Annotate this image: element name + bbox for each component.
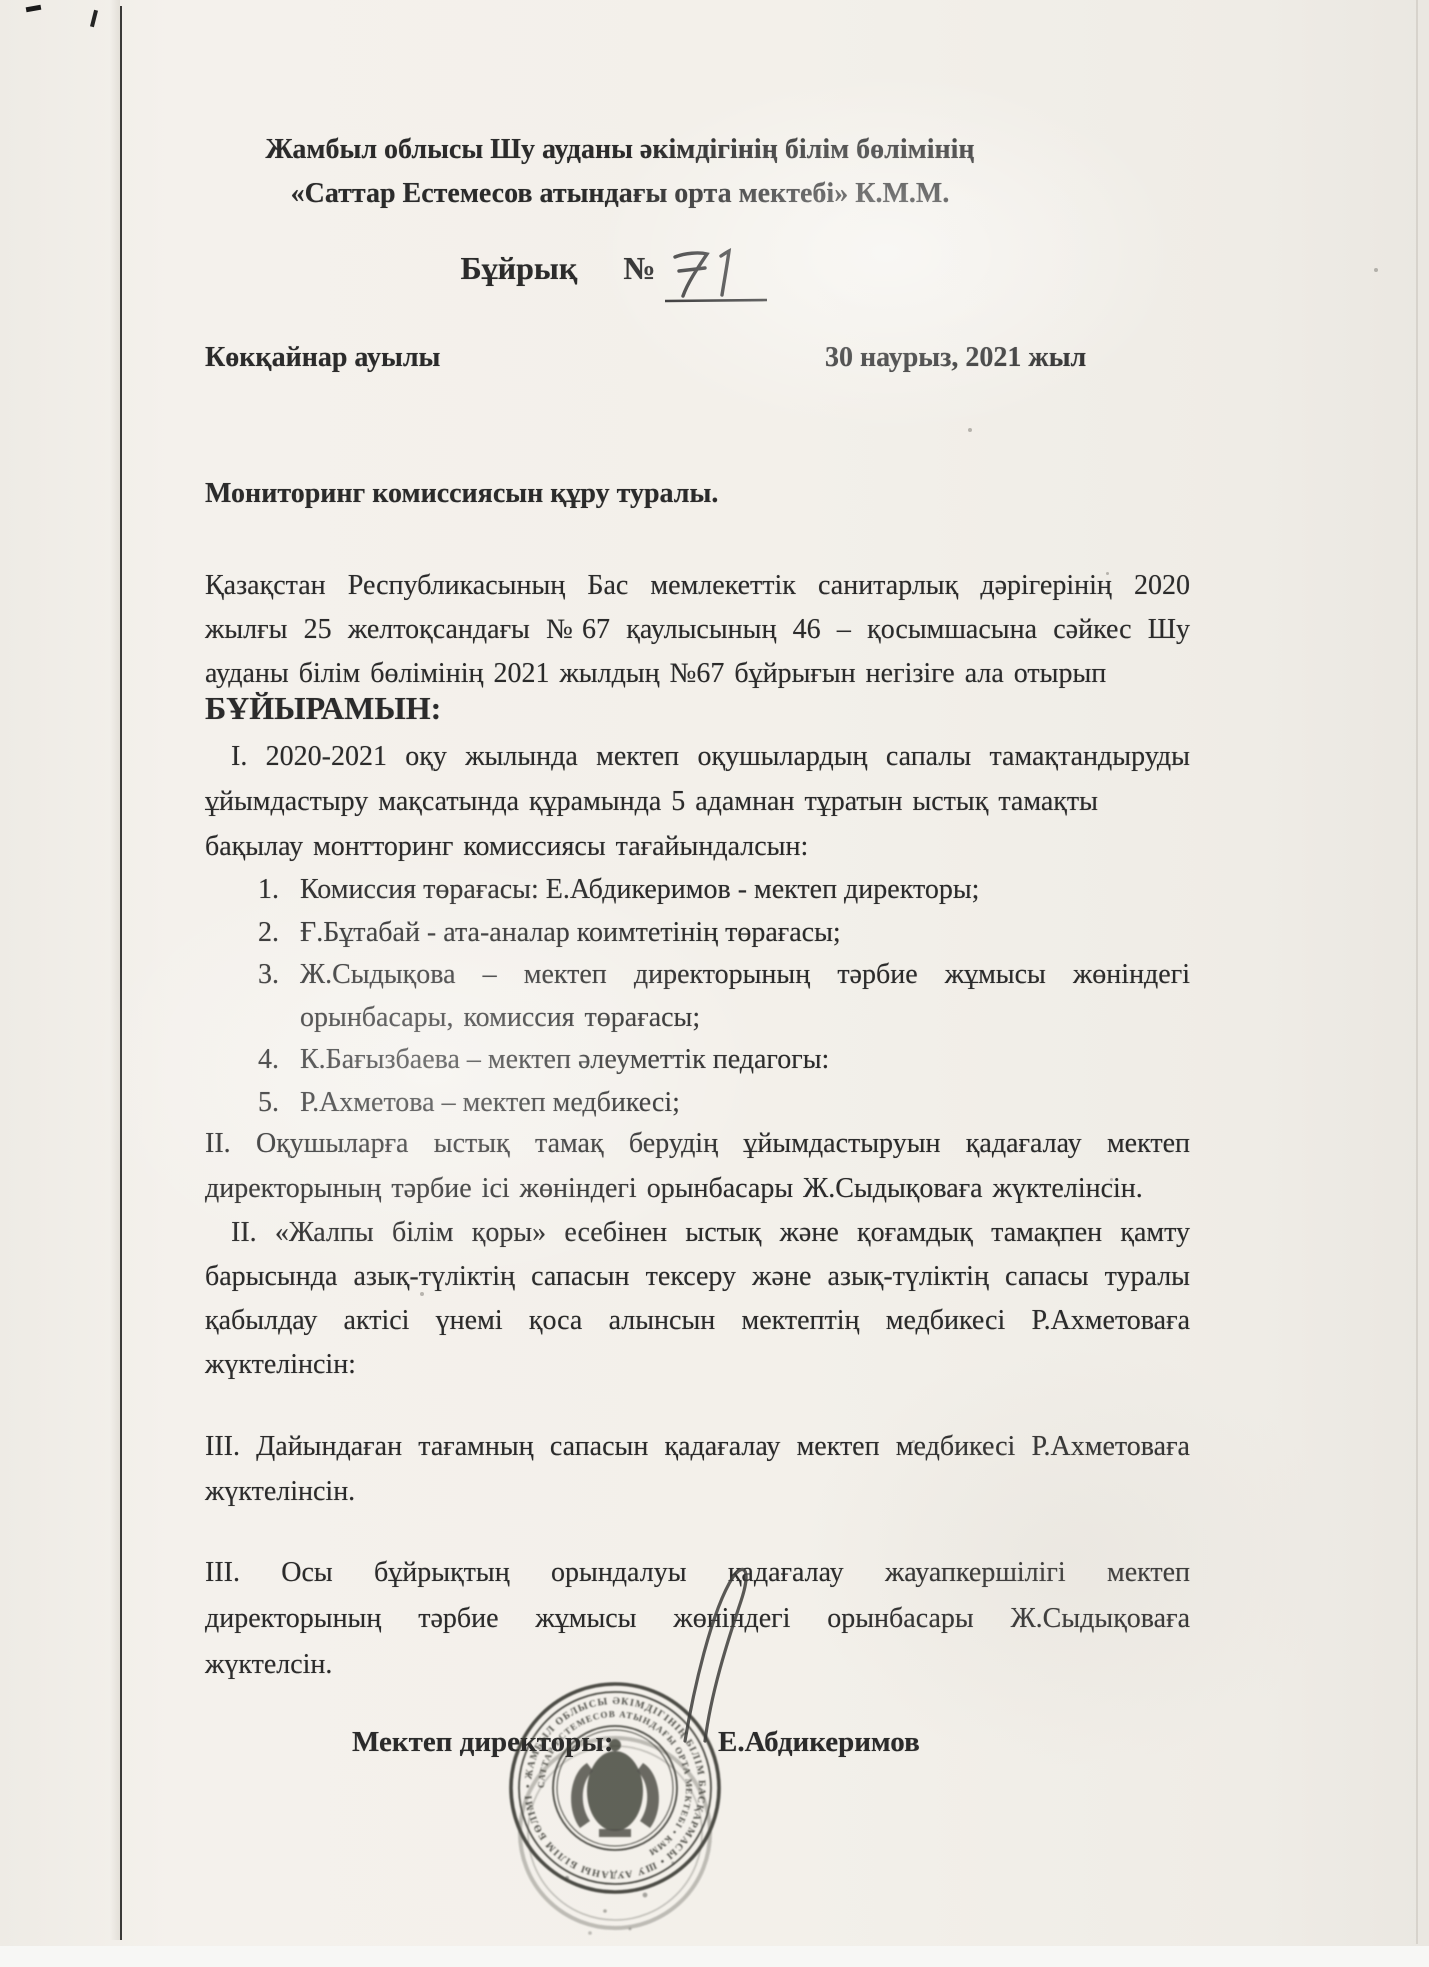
list-item-text: К.Бағызбаева – мектеп әлеуметтік педагог… xyxy=(300,1039,1190,1082)
order-label: Бұйрық xyxy=(461,250,578,287)
text-line: бақылау монтторинг комиссиясы тағайындал… xyxy=(205,824,1190,869)
item-II-2-paragraph: II. «Жалпы білім қоры» есебінен ыстық жә… xyxy=(205,1211,1190,1387)
handwritten-order-number xyxy=(661,244,779,304)
list-item-number: 3. xyxy=(258,954,300,1039)
item-II-1-paragraph: II. Оқушыларға ыстық тамақ берудің ұйымд… xyxy=(205,1122,1190,1211)
list-item-number: 5. xyxy=(258,1082,300,1125)
text-line: жылғы 25 желтоқсандағы №67 қаулысының 46… xyxy=(205,608,1190,652)
text-line: III. Дайындаған тағамның сапасын қадағал… xyxy=(205,1424,1190,1469)
header-line-2: «Саттар Естемесов атындағы орта мектебі»… xyxy=(130,172,1110,216)
text-line: орынбасары, комиссия төрағасы; xyxy=(300,997,1190,1040)
list-item-text: Ж.Сыдықова – мектеп директорының тәрбие … xyxy=(300,954,1190,1039)
resolve-word: БҰЙЫРАМЫН: xyxy=(205,690,441,727)
signature-stroke xyxy=(653,1563,773,1763)
text-line: II. Оқушыларға ыстық тамақ берудің ұйымд… xyxy=(205,1122,1190,1167)
handwritten-number-svg xyxy=(661,244,779,304)
text-line: директорының тәрбие ісі жөніндегі орынба… xyxy=(205,1167,1190,1212)
commission-list: 1. Комиссия төрағасы: Е.Абдикеримов - ме… xyxy=(258,869,1190,1124)
corner-mark xyxy=(90,10,98,27)
list-item-number: 1. xyxy=(258,869,300,912)
left-fold-shadow xyxy=(110,0,120,1940)
list-item-text: Ғ.Бұтабай - ата-аналар коимтетінің төрағ… xyxy=(300,912,1190,955)
text-line: Қазақстан Республикасының Бас мемлекетті… xyxy=(205,564,1190,608)
list-item: 5. Р.Ахметова – мектеп медбикесі; xyxy=(258,1082,1190,1125)
list-item-number: 4. xyxy=(258,1039,300,1082)
list-item-text: Комиссия төрағасы: Е.Абдикеримов - мекте… xyxy=(300,869,1190,912)
list-item-number: 2. xyxy=(258,912,300,955)
corner-mark xyxy=(26,5,42,13)
number-sign: № xyxy=(623,250,655,287)
order-number-line: Бұйрық № xyxy=(130,250,1110,310)
paper-page: Жамбыл облысы Шу ауданы әкімдігінің білі… xyxy=(0,0,1429,1946)
list-item: 4. К.Бағызбаева – мектеп әлеуметтік педа… xyxy=(258,1039,1190,1082)
list-item: 2. Ғ.Бұтабай - ата-аналар коимтетінің тө… xyxy=(258,912,1190,955)
header-line-1: Жамбыл облысы Шу ауданы әкімдігінің білі… xyxy=(130,128,1110,172)
scan-speck xyxy=(968,428,972,432)
order-date: 30 наурыз, 2021 жыл xyxy=(825,342,1086,374)
list-item-text: Р.Ахметова – мектеп медбикесі; xyxy=(300,1082,1190,1125)
stamp-center-emblem xyxy=(571,1739,659,1837)
scanned-order-document: { "document": { "header": { "line1": "Жа… xyxy=(0,0,1429,1967)
text-line: қабылдау актісі үнемі қоса алынсын мекте… xyxy=(205,1299,1190,1343)
text-line: Ж.Сыдықова – мектеп директорының тәрбие … xyxy=(300,954,1190,997)
list-item: 1. Комиссия төрағасы: Е.Абдикеримов - ме… xyxy=(258,869,1190,912)
document-header: Жамбыл облысы Шу ауданы әкімдігінің білі… xyxy=(130,128,1110,216)
place-date-row: Көкқайнар ауылы 30 наурыз, 2021 жыл xyxy=(205,342,1190,382)
preamble-paragraph: Қазақстан Республикасының Бас мемлекетті… xyxy=(205,564,1190,696)
text-line: I. 2020-2021 оқу жылында мектеп оқушылар… xyxy=(205,734,1190,779)
text-line: ұйымдастыру мақсатында құрамында 5 адамн… xyxy=(205,779,1190,824)
text-line: жүктелінсін. xyxy=(205,1469,1190,1514)
left-fold-line xyxy=(120,6,122,1940)
scan-speck xyxy=(1374,268,1378,272)
text-line: барысында азық-түліктің сапасын тексеру … xyxy=(205,1255,1190,1299)
order-subject: Мониторинг комиссиясын құру туралы. xyxy=(205,478,1190,510)
place-name: Көкқайнар ауылы xyxy=(205,342,440,373)
item-I-paragraph: I. 2020-2021 оқу жылында мектеп оқушылар… xyxy=(205,734,1190,869)
item-III-1-paragraph: III. Дайындаған тағамның сапасын қадағал… xyxy=(205,1424,1190,1514)
text-line: жүктелінсін: xyxy=(205,1343,1190,1387)
list-item: 3. Ж.Сыдықова – мектеп директорының тәрб… xyxy=(258,954,1190,1039)
page-right-edge xyxy=(1416,0,1418,1944)
text-line: II. «Жалпы білім қоры» есебінен ыстық жә… xyxy=(205,1211,1190,1255)
